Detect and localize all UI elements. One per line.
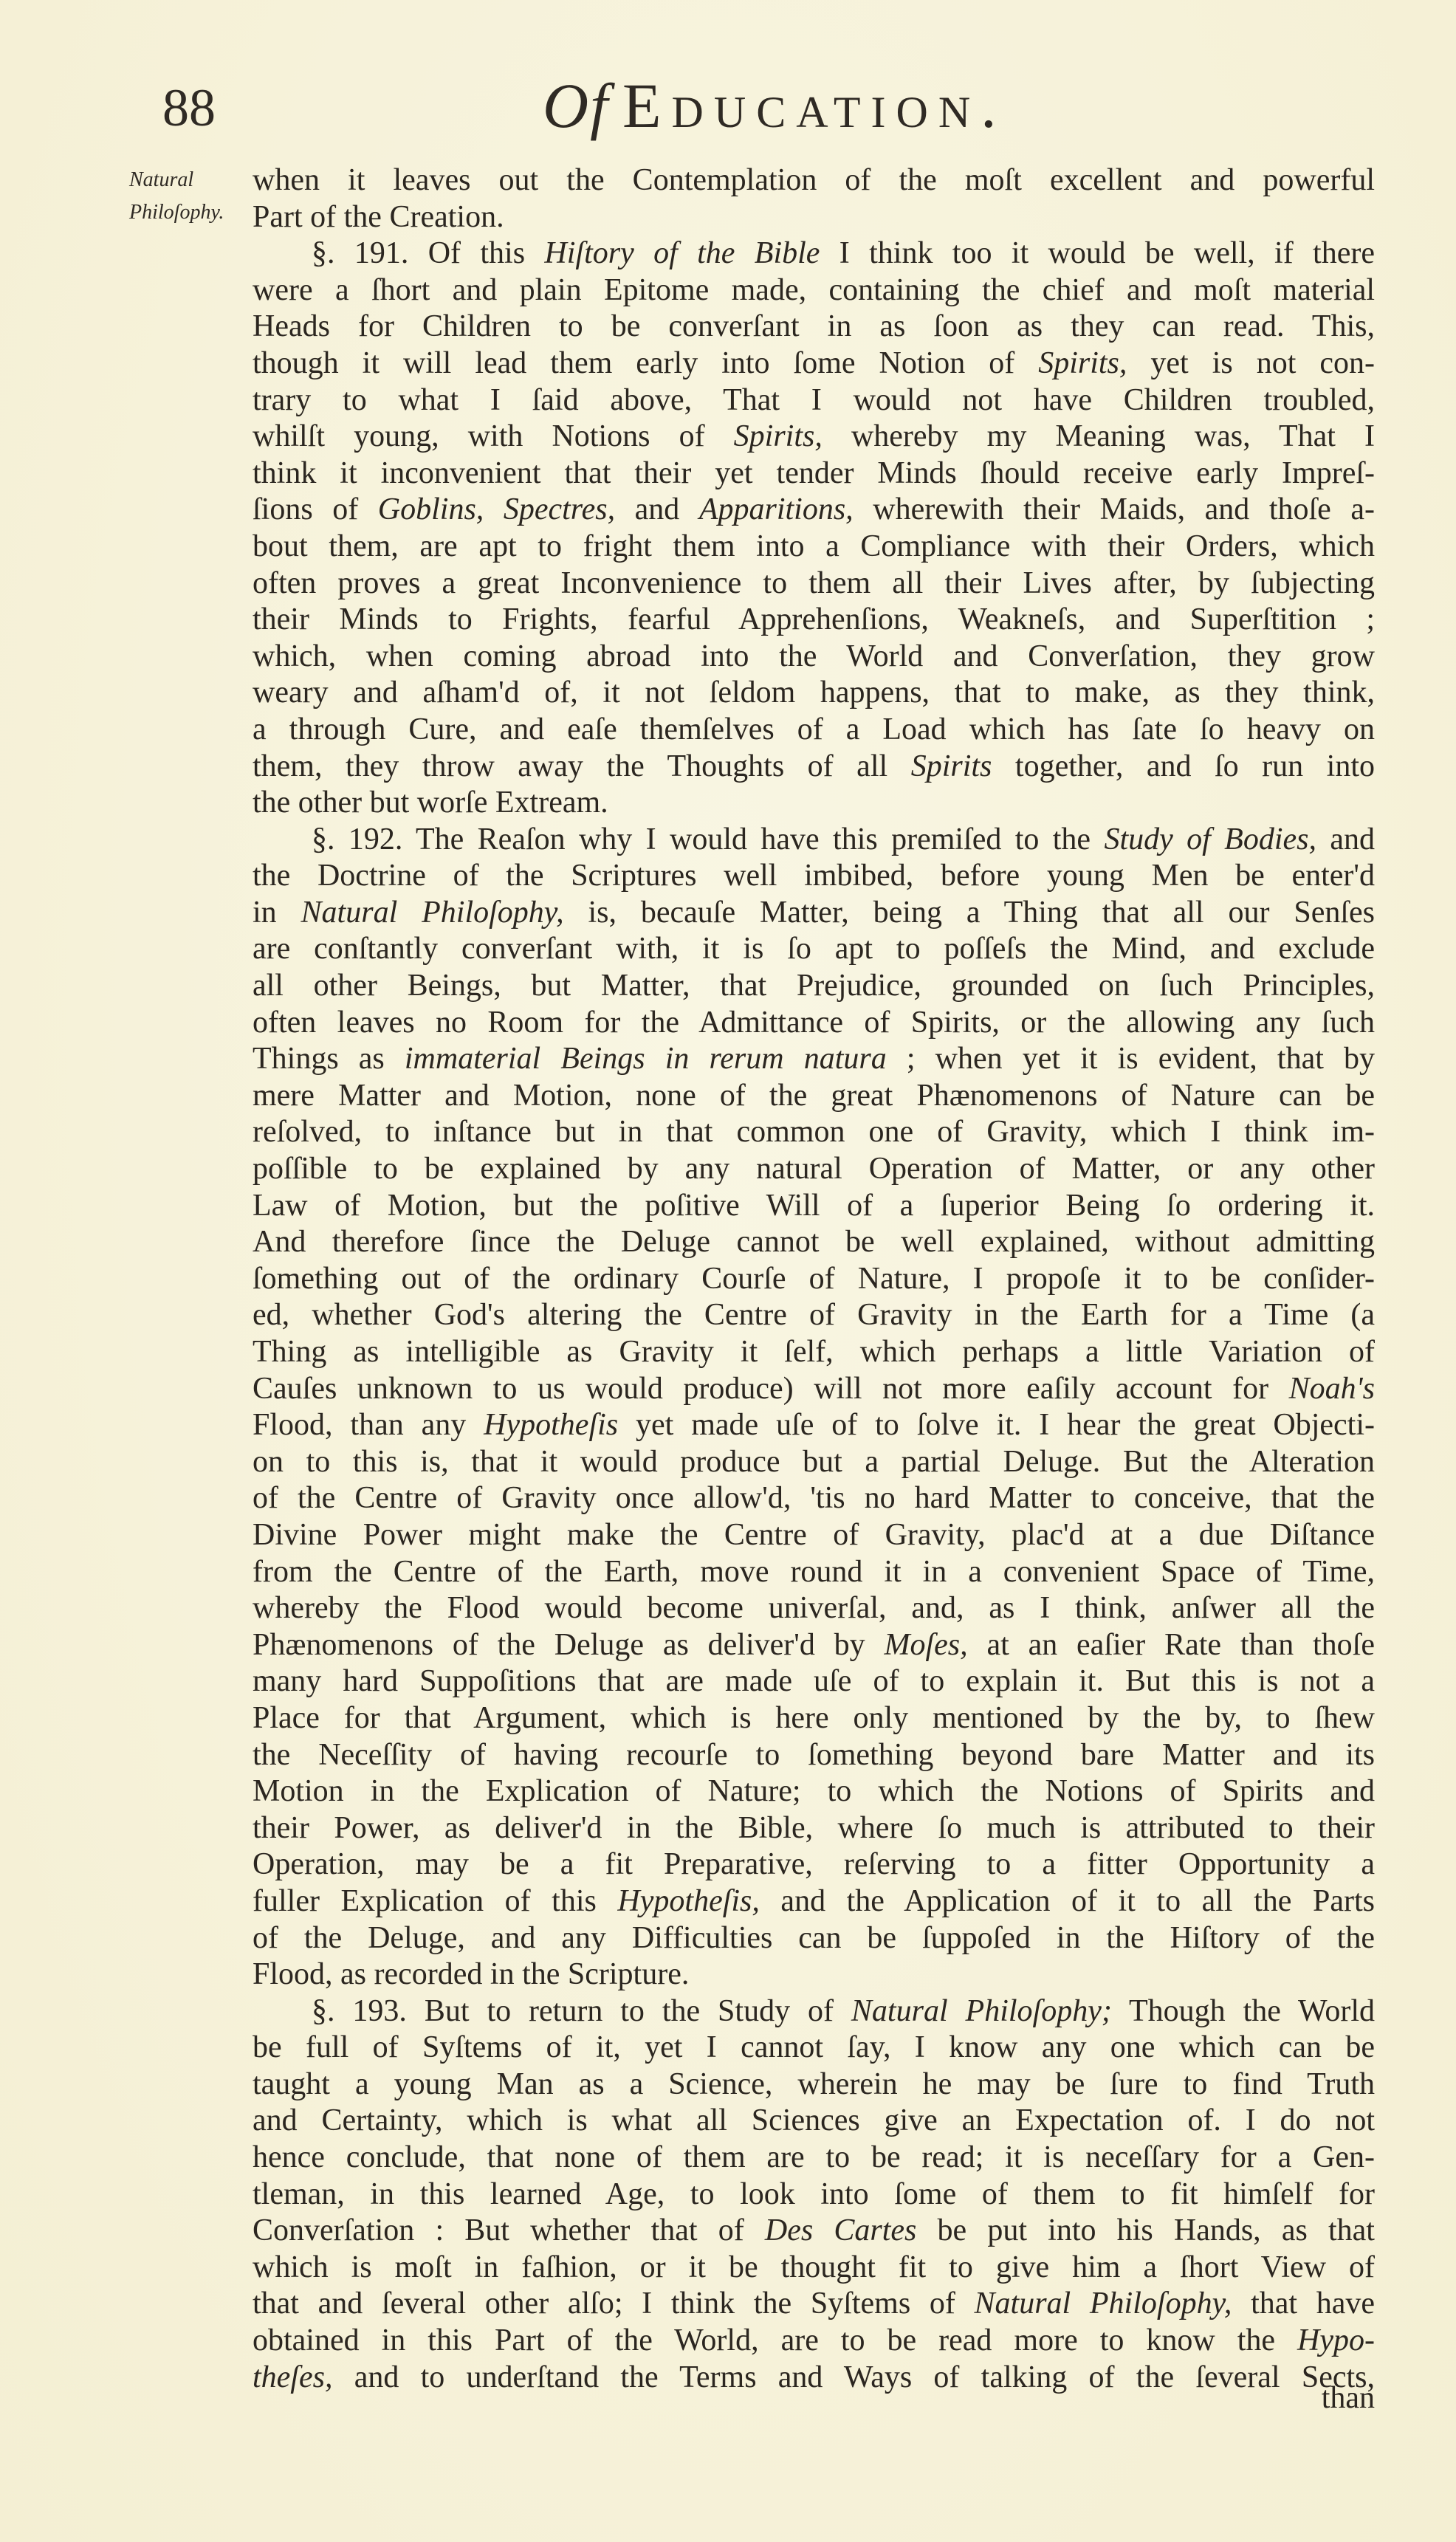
text-run: Flood, as recorded in the Scripture.	[253, 1957, 689, 1991]
text-line: §. 193. But to return to the Study of Na…	[253, 1993, 1375, 2030]
text-line: Phænomenons of the Deluge as deliver'd b…	[253, 1627, 1375, 1664]
text-run: be put into his Hands, as that	[916, 2213, 1375, 2247]
catchword: than	[253, 2380, 1375, 2417]
text-line: Motion in the Explication of Nature; to …	[253, 1773, 1375, 1810]
text-run: Law of Motion, but the poſitive Will of …	[253, 1189, 1375, 1223]
italic-text: Hiſtory of the Bible	[544, 236, 820, 270]
italic-text: Hypo-	[1297, 2323, 1375, 2357]
body-text: when it leaves out the Contemplation of …	[253, 162, 1375, 2396]
text-line: are conſtantly converſant with, it is ſo…	[253, 931, 1375, 968]
text-run: the other but worſe Extream.	[253, 786, 608, 820]
text-line: in Natural Philoſophy, is, becauſe Matte…	[253, 895, 1375, 932]
text-run: of the Deluge, and any Difficulties can …	[253, 1921, 1375, 1955]
text-run: I think too it would be well, if there	[820, 236, 1375, 270]
text-line: often leaves no Room for the Admittance …	[253, 1005, 1375, 1042]
italic-text: Spirits	[911, 749, 992, 783]
marginal-note-line-1: Natural	[129, 164, 247, 196]
text-run: yet is not con-	[1127, 346, 1375, 380]
text-line: trary to what I ſaid above, That I would…	[253, 382, 1375, 419]
text-run: in	[253, 896, 301, 930]
italic-text: Natural Philoſophy;	[851, 1994, 1112, 2028]
text-run: when it leaves out the Contemplation of …	[253, 163, 1375, 197]
text-line: Divine Power might make the Centre of Gr…	[253, 1517, 1375, 1554]
text-run: that and ſeveral other alſo; I think the…	[253, 2287, 975, 2321]
text-run: be full of Syſtems of it, yet I cannot ſ…	[253, 2030, 1375, 2064]
text-run: Place for that Argument, which is here o…	[253, 1701, 1375, 1735]
text-run: on to this is, that it would produce but…	[253, 1445, 1375, 1479]
text-run: whilſt young, with Notions of	[253, 419, 734, 453]
text-run: Heads for Children to be converſant in a…	[253, 309, 1375, 343]
italic-text: Natural Philoſophy,	[975, 2287, 1232, 2321]
page-number: 88	[162, 81, 216, 134]
text-run: mere Matter and Motion, none of the grea…	[253, 1079, 1375, 1113]
text-line: which, when coming abroad into the World…	[253, 639, 1375, 676]
text-run: §. 193. But to return to the Study of	[312, 1994, 851, 2028]
text-line: whereby the Flood would become univerſal…	[253, 1590, 1375, 1627]
text-run: them, they throw away the Thoughts of al…	[253, 749, 911, 783]
text-run: a through Cure, and eaſe themſelves of a…	[253, 712, 1375, 746]
marginal-note-line-2: Philoſophy.	[129, 196, 247, 229]
text-run: bout them, are apt to fright them into a…	[253, 529, 1375, 563]
text-run: the Doctrine of the Scriptures well imbi…	[253, 859, 1375, 893]
text-run: ſomething out of the ordinary Courſe of …	[253, 1262, 1375, 1296]
text-line: the Doctrine of the Scriptures well imbi…	[253, 858, 1375, 895]
text-line: be full of Syſtems of it, yet I cannot ſ…	[253, 2030, 1375, 2067]
running-head: OfEducation.	[543, 74, 1007, 137]
italic-text: Hypotheſis	[484, 1408, 618, 1442]
text-line: And therefore ſince the Deluge cannot be…	[253, 1224, 1375, 1261]
text-run: obtained in this Part of the World, are …	[253, 2323, 1297, 2357]
text-line: all other Beings, but Matter, that Preju…	[253, 968, 1375, 1005]
marginal-note: Natural Philoſophy.	[129, 164, 247, 229]
italic-text: Spirits,	[1038, 346, 1127, 380]
text-run: weary and aſham'd of, it not ſeldom happ…	[253, 676, 1375, 710]
italic-text: Goblins, Spectres,	[378, 492, 615, 526]
text-run: their Minds to Frights, fearful Apprehen…	[253, 602, 1375, 636]
text-run: hence conclude, that none of them are to…	[253, 2140, 1375, 2174]
text-line: §. 191. Of this Hiſtory of the Bible I t…	[253, 236, 1375, 272]
text-run: Operation, may be a fit Preparative, reſ…	[253, 1847, 1375, 1881]
text-run: Divine Power might make the Centre of Gr…	[253, 1518, 1375, 1552]
text-run: Though the World	[1112, 1994, 1375, 2028]
text-line: ed, whether God's altering the Centre of…	[253, 1297, 1375, 1334]
italic-text: Study of Bodies,	[1104, 822, 1316, 856]
text-run: often proves a great Inconvenience to th…	[253, 566, 1375, 600]
text-run: which, when coming abroad into the World…	[253, 639, 1375, 673]
text-run: whereby my Meaning was, That I	[823, 419, 1375, 453]
text-run: of the Centre of Gravity once allow'd, '…	[253, 1481, 1375, 1515]
italic-text: immaterial Beings in rerum natura	[405, 1042, 887, 1076]
text-line: weary and aſham'd of, it not ſeldom happ…	[253, 675, 1375, 712]
text-line: when it leaves out the Contemplation of …	[253, 162, 1375, 199]
italic-text: Spirits,	[734, 419, 823, 453]
text-line: tleman, in this learned Age, to look int…	[253, 2177, 1375, 2213]
text-run: ; when yet it is evident, that by	[887, 1042, 1375, 1076]
text-line: and Certainty, which is what all Science…	[253, 2103, 1375, 2140]
text-run: Thing as intelligible as Gravity it ſelf…	[253, 1335, 1375, 1369]
text-line: on to this is, that it would produce but…	[253, 1444, 1375, 1481]
text-line: were a ſhort and plain Epitome made, con…	[253, 272, 1375, 309]
text-line: reſolved, to inſtance but in that common…	[253, 1114, 1375, 1151]
text-line: think it inconvenient that their yet ten…	[253, 456, 1375, 492]
text-line: Law of Motion, but the poſitive Will of …	[253, 1188, 1375, 1225]
text-line: mere Matter and Motion, none of the grea…	[253, 1078, 1375, 1115]
text-line: whilſt young, with Notions of Spirits, w…	[253, 419, 1375, 456]
text-line: Place for that Argument, which is here o…	[253, 1700, 1375, 1737]
text-run: all other Beings, but Matter, that Preju…	[253, 969, 1375, 1003]
text-line: though it will lead them early into ſome…	[253, 346, 1375, 382]
text-run: Flood, than any	[253, 1408, 484, 1442]
text-line: Flood, than any Hypotheſis yet made uſe …	[253, 1407, 1375, 1444]
text-line: their Minds to Frights, fearful Apprehen…	[253, 602, 1375, 639]
text-line: their Power, as deliver'd in the Bible, …	[253, 1810, 1375, 1847]
running-head-title: Education.	[622, 70, 1007, 141]
text-line: of the Centre of Gravity once allow'd, '…	[253, 1480, 1375, 1517]
text-run: poſſible to be explained by any natural …	[253, 1152, 1375, 1186]
text-line: Flood, as recorded in the Scripture.	[253, 1957, 1375, 1993]
text-run: ſions of	[253, 492, 378, 526]
text-line: Heads for Children to be converſant in a…	[253, 309, 1375, 346]
text-run: that have	[1232, 2287, 1375, 2321]
text-line: Things as immaterial Beings in rerum nat…	[253, 1041, 1375, 1078]
text-line: that and ſeveral other alſo; I think the…	[253, 2286, 1375, 2323]
italic-text: Des Cartes	[765, 2213, 917, 2247]
text-run: tleman, in this learned Age, to look int…	[253, 2177, 1375, 2211]
text-line: fuller Explication of this Hypotheſis, a…	[253, 1883, 1375, 1920]
text-run: wherewith their Maids, and thoſe a-	[854, 492, 1375, 526]
text-line: taught a young Man as a Science, wherein…	[253, 2067, 1375, 2103]
italic-text: Natural Philoſophy,	[301, 896, 564, 930]
text-line: Operation, may be a fit Preparative, reſ…	[253, 1847, 1375, 1883]
text-run: taught a young Man as a Science, wherein…	[253, 2067, 1375, 2101]
text-run: Cauſes unknown to us would produce) will…	[253, 1372, 1289, 1406]
text-line: many hard Suppoſitions that are made uſe…	[253, 1663, 1375, 1700]
text-line: a through Cure, and eaſe themſelves of a…	[253, 712, 1375, 749]
running-head-of: Of	[543, 70, 609, 141]
text-run: fuller Explication of this	[253, 1884, 617, 1918]
text-line: hence conclude, that none of them are to…	[253, 2140, 1375, 2177]
text-run: were a ſhort and plain Epitome made, con…	[253, 273, 1375, 307]
text-line: of the Deluge, and any Difficulties can …	[253, 1920, 1375, 1957]
italic-text: Hypotheſis,	[617, 1884, 759, 1918]
text-line: often proves a great Inconvenience to th…	[253, 566, 1375, 602]
text-run: and	[615, 492, 699, 526]
text-run: think it inconvenient that their yet ten…	[253, 456, 1375, 490]
text-line: Thing as intelligible as Gravity it ſelf…	[253, 1334, 1375, 1371]
text-line: ſions of Goblins, Spectres, and Appariti…	[253, 492, 1375, 529]
text-run: is, becauſe Matter, being a Thing that a…	[564, 896, 1375, 930]
text-run: and the Application of it to all the Par…	[760, 1884, 1375, 1918]
text-run: And therefore ſince the Deluge cannot be…	[253, 1225, 1375, 1259]
text-line: bout them, are apt to fright them into a…	[253, 529, 1375, 566]
text-run: Phænomenons of the Deluge as deliver'd b…	[253, 1628, 884, 1662]
text-run: reſolved, to inſtance but in that common…	[253, 1115, 1375, 1149]
italic-text: Apparitions,	[699, 492, 854, 526]
text-run: and Certainty, which is what all Science…	[253, 2103, 1375, 2137]
text-line: Part of the Creation.	[253, 199, 1375, 236]
text-line: which is moſt in faſhion, or it be thoug…	[253, 2250, 1375, 2287]
text-run: yet made uſe of to ſolve it. I hear the …	[618, 1408, 1375, 1442]
text-run: many hard Suppoſitions that are made uſe…	[253, 1664, 1375, 1698]
text-run: Motion in the Explication of Nature; to …	[253, 1774, 1375, 1808]
text-run: are conſtantly converſant with, it is ſo…	[253, 932, 1375, 966]
text-run: though it will lead them early into ſome…	[253, 346, 1038, 380]
text-run: whereby the Flood would become univerſal…	[253, 1591, 1375, 1625]
text-line: Cauſes unknown to us would produce) will…	[253, 1371, 1375, 1408]
text-run: which is moſt in faſhion, or it be thoug…	[253, 2250, 1375, 2284]
text-line: §. 192. The Reaſon why I would have this…	[253, 822, 1375, 859]
text-run: at an eaſier Rate than thoſe	[968, 1628, 1375, 1662]
text-line: Converſation : But whether that of Des C…	[253, 2213, 1375, 2250]
text-run: and	[1316, 822, 1375, 856]
text-line: obtained in this Part of the World, are …	[253, 2323, 1375, 2360]
text-line: ſomething out of the ordinary Courſe of …	[253, 1261, 1375, 1298]
text-run: Things as	[253, 1042, 405, 1076]
text-line: poſſible to be explained by any natural …	[253, 1151, 1375, 1188]
text-run: often leaves no Room for the Admittance …	[253, 1006, 1375, 1040]
italic-text: Moſes,	[884, 1628, 967, 1662]
text-line: the Neceſſity of having recourſe to ſome…	[253, 1737, 1375, 1774]
text-run: §. 192. The Reaſon why I would have this…	[312, 822, 1104, 856]
text-run: together, and ſo run into	[992, 749, 1375, 783]
text-run: their Power, as deliver'd in the Bible, …	[253, 1811, 1375, 1845]
italic-text: Noah's	[1289, 1372, 1375, 1406]
text-run: trary to what I ſaid above, That I would…	[253, 383, 1375, 417]
text-run: Part of the Creation.	[253, 200, 504, 234]
text-line: them, they throw away the Thoughts of al…	[253, 749, 1375, 786]
text-run: §. 191. Of this	[312, 236, 544, 270]
text-run: Converſation : But whether that of	[253, 2213, 765, 2247]
text-run: the Neceſſity of having recourſe to ſome…	[253, 1738, 1375, 1772]
text-line: the other but worſe Extream.	[253, 785, 1375, 822]
text-line: from the Centre of the Earth, move round…	[253, 1554, 1375, 1591]
text-run: from the Centre of the Earth, move round…	[253, 1555, 1375, 1589]
text-run: ed, whether God's altering the Centre of…	[253, 1298, 1375, 1332]
